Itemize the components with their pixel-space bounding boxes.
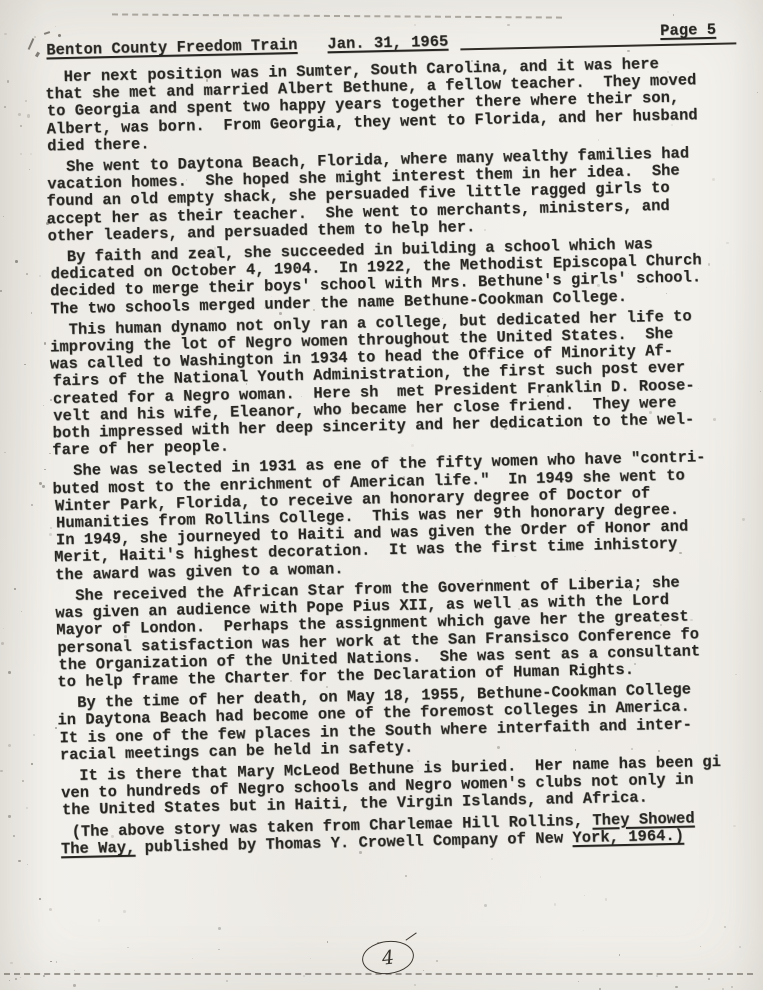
paragraph: She received the African Star from the G… bbox=[56, 573, 740, 691]
text-segment: fare of her people. bbox=[52, 438, 229, 460]
masthead-date: Jan. 31, 1965 bbox=[327, 33, 448, 54]
scanned-document-page: Benton County Freedom Train Jan. 31, 196… bbox=[0, 0, 763, 990]
paragraph: By faith and zeal, she succeeded in buil… bbox=[49, 235, 732, 319]
paragraph: This human dynamo not only ran a college… bbox=[50, 307, 735, 459]
document-content: Benton County Freedom Train Jan. 31, 196… bbox=[20, 20, 754, 862]
scan-smudge-line bbox=[112, 13, 562, 18]
text-segment: died there. bbox=[47, 135, 150, 155]
scan-stray-mark bbox=[44, 31, 50, 35]
underlined-text: The Way, bbox=[61, 838, 136, 858]
page-number-label: Page 5 bbox=[660, 21, 716, 40]
paragraph: Her next position was in Sumter, South C… bbox=[45, 55, 729, 156]
paragraph: She was selected in 1931 as ene of the f… bbox=[53, 449, 737, 584]
paragraph: By the time of her death, on May 18, 195… bbox=[58, 681, 741, 765]
pen-stroke bbox=[406, 932, 417, 940]
paragraph: She went to Daytona Beach, Florida, wher… bbox=[47, 145, 731, 246]
handwritten-page-number-value: 4 bbox=[381, 946, 396, 969]
underlined-text: York, 1964.) bbox=[572, 826, 684, 846]
document-body: Her next position was in Sumter, South C… bbox=[21, 44, 754, 858]
handwritten-page-number: 4 bbox=[360, 938, 416, 977]
